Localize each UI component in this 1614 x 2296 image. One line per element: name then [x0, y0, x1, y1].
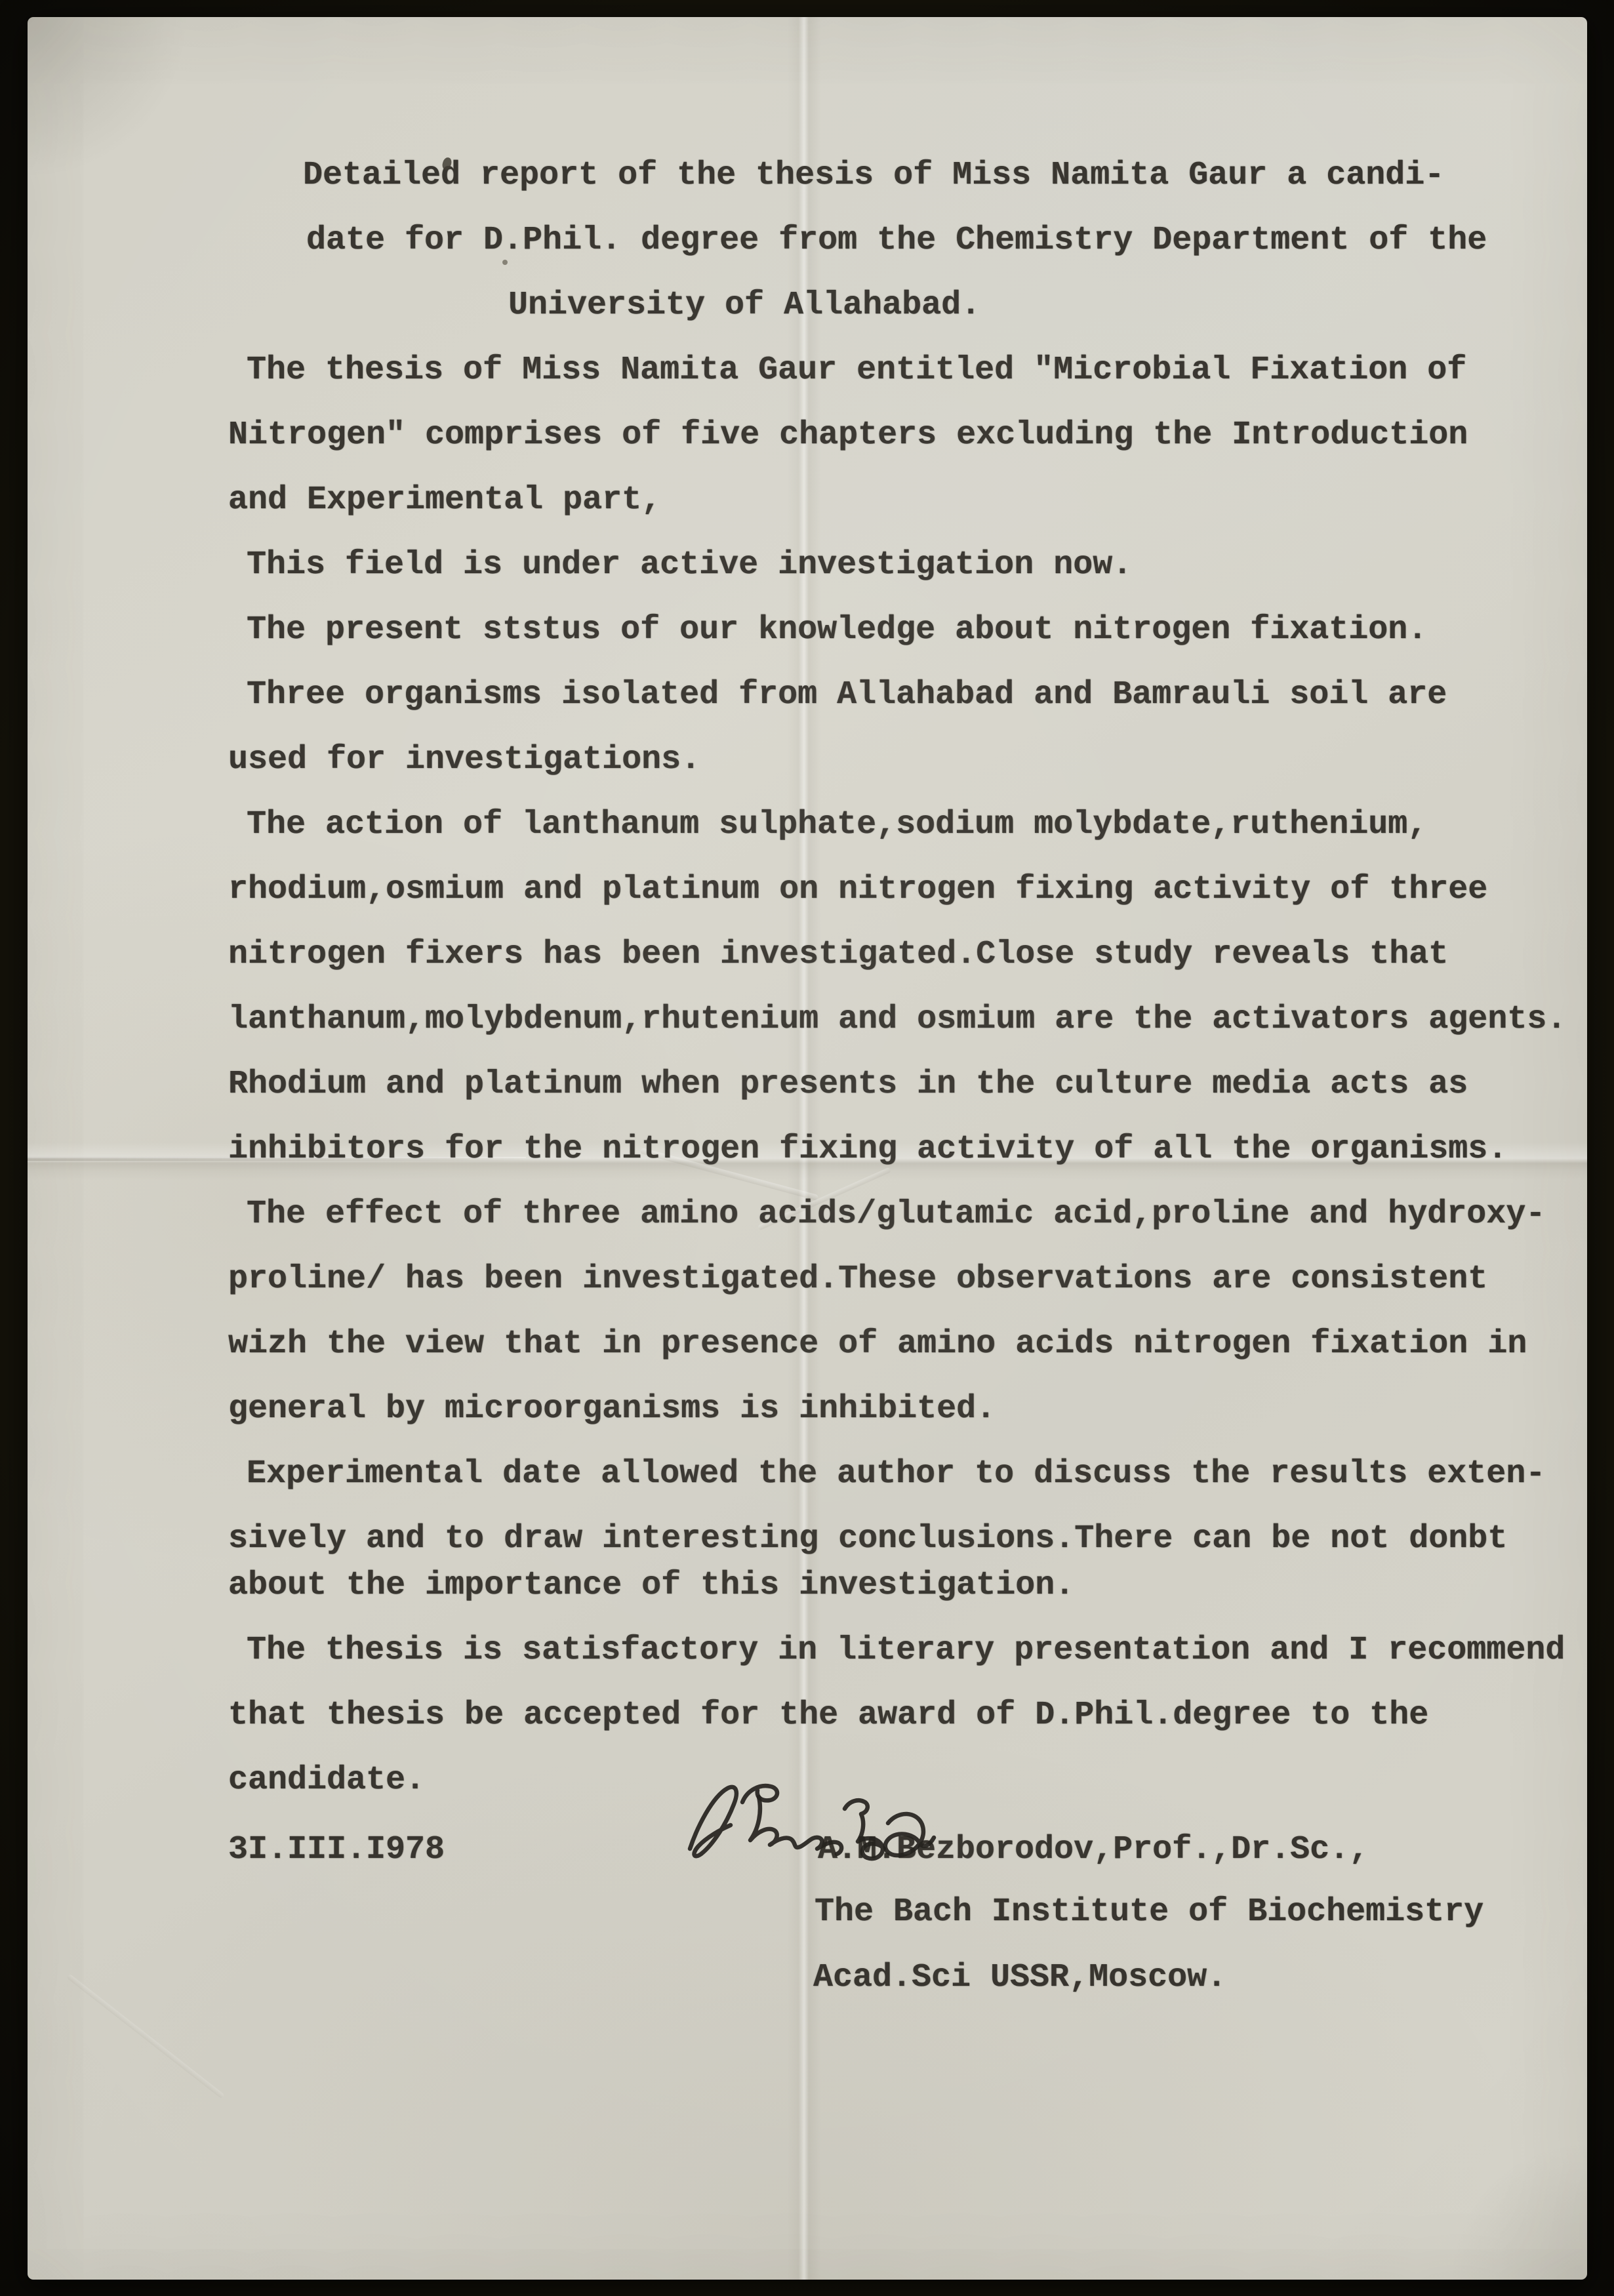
typed-line: that thesis be accepted for the award of…: [228, 1683, 1586, 1748]
signatory-name: A.M.Bezborodov,Prof.,Dr.Sc.,: [818, 1817, 1369, 1882]
typed-line: inhibitors for the nitrogen fixing activ…: [228, 1117, 1586, 1182]
paper-wrinkle: [66, 1973, 224, 2099]
typed-line: The thesis of Miss Namita Gaur entitled …: [228, 338, 1586, 403]
typed-line: Rhodium and platinum when presents in th…: [228, 1052, 1586, 1117]
typed-line: candidate.: [228, 1748, 1586, 1813]
typed-line: Experimental date allowed the author to …: [228, 1441, 1586, 1506]
signatory-address: Acad.Sci USSR,Moscow.: [813, 1945, 1226, 2010]
typed-line: Detailed report of the thesis of Miss Na…: [228, 143, 1586, 208]
typed-line: and Experimental part,: [228, 468, 1586, 533]
document-photo: Detailed report of the thesis of Miss Na…: [0, 0, 1614, 2296]
paper-sheet: Detailed report of the thesis of Miss Na…: [28, 17, 1587, 2280]
typed-line: University of Allahabad.: [228, 273, 1586, 338]
typed-line: used for investigations.: [228, 727, 1586, 792]
typed-line: date for D.Phil. degree from the Chemist…: [228, 208, 1586, 273]
typed-line: Three organisms isolated from Allahabad …: [228, 662, 1586, 727]
typed-text-block: Detailed report of the thesis of Miss Na…: [228, 143, 1586, 1813]
typed-line: rhodium,osmium and platinum on nitrogen …: [228, 857, 1586, 922]
signatory-institute: The Bach Institute of Biochemistry: [815, 1880, 1483, 1944]
typed-line: The effect of three amino acids/glutamic…: [228, 1182, 1586, 1247]
typed-line: lanthanum,molybdenum,rhutenium and osmiu…: [228, 987, 1586, 1052]
typed-line: general by microorganisms is inhibited.: [228, 1377, 1586, 1441]
typed-line: This field is under active investigation…: [228, 533, 1586, 597]
typed-line: The action of lanthanum sulphate,sodium …: [228, 792, 1586, 857]
typed-line: The thesis is satisfactory in literary p…: [228, 1618, 1586, 1683]
typed-line: proline/ has been investigated.These obs…: [228, 1247, 1586, 1312]
typed-line: nitrogen fixers has been investigated.Cl…: [228, 922, 1586, 987]
report-date: 3I.III.I978: [228, 1817, 445, 1882]
typed-line: Nitrogen" comprises of five chapters exc…: [228, 403, 1586, 468]
typed-line: The present ststus of our knowledge abou…: [228, 597, 1586, 662]
typed-line: wizh the view that in presence of amino …: [228, 1312, 1586, 1377]
